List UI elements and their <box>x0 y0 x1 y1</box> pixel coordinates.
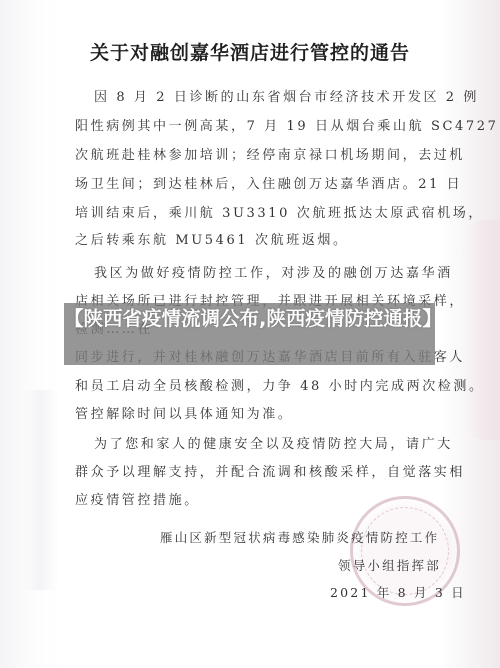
headline-overlay-text[interactable]: 【陕西省疫情流调公布,陕西疫情防控通报】 <box>64 305 435 333</box>
paragraph-3-line-3: 应疫情管控措施。 <box>75 489 200 508</box>
paper-shadow-left <box>22 390 58 590</box>
paragraph-2-line-1: 我区为做好疫情防控工作，对涉及的融创万达嘉华酒 <box>94 262 453 281</box>
paragraph-2-line-6: 管控解除时间以具体通知为准。 <box>75 403 293 422</box>
paragraph-1-line-1: 因 8 月 2 日诊断的山东省烟台市经济技术开发区 2 例 <box>94 86 479 105</box>
signature-date: 2021 年 8 月 3 日 <box>330 583 466 601</box>
paragraph-2-line-5: 和员工启动全员核酸检测，力争 48 小时内完成两次检测。 <box>75 375 485 394</box>
paragraph-1-line-3: 次航班赴桂林参加培训；经停南京禄口机场期间，去过机 <box>75 144 465 163</box>
signature-organization-line-1: 雁山区新型冠状病毒感染肺炎疫情防控工作 <box>160 528 439 546</box>
paragraph-3-line-1: 为了您和家人的健康安全以及疫情防控大局，请广大 <box>94 433 453 452</box>
paper-shadow-right <box>465 220 500 440</box>
paragraph-1-line-4: 场卫生间；到达桂林后，入住融创万达嘉华酒店。21 日 <box>75 173 462 192</box>
paragraph-1-line-2: 阳性病例其中一例高某，7 月 19 日从烟台乘山航 SC4727 <box>75 115 498 134</box>
seal-inner-ring <box>361 507 449 595</box>
document-title: 关于对融创嘉华酒店进行管控的通告 <box>0 38 500 65</box>
paragraph-3-line-2: 群众予以理解支持，并配合流调和核酸采样，自觉落实相 <box>75 461 465 480</box>
paragraph-1-line-5: 培训结束后，乘川航 3U3310 次航班抵达太原武宿机场， <box>75 202 484 221</box>
signature-organization-line-2: 领导小组指挥部 <box>338 556 441 574</box>
paragraph-1-line-6: 之后转乘东航 MU5461 次航班返烟。 <box>75 229 349 248</box>
